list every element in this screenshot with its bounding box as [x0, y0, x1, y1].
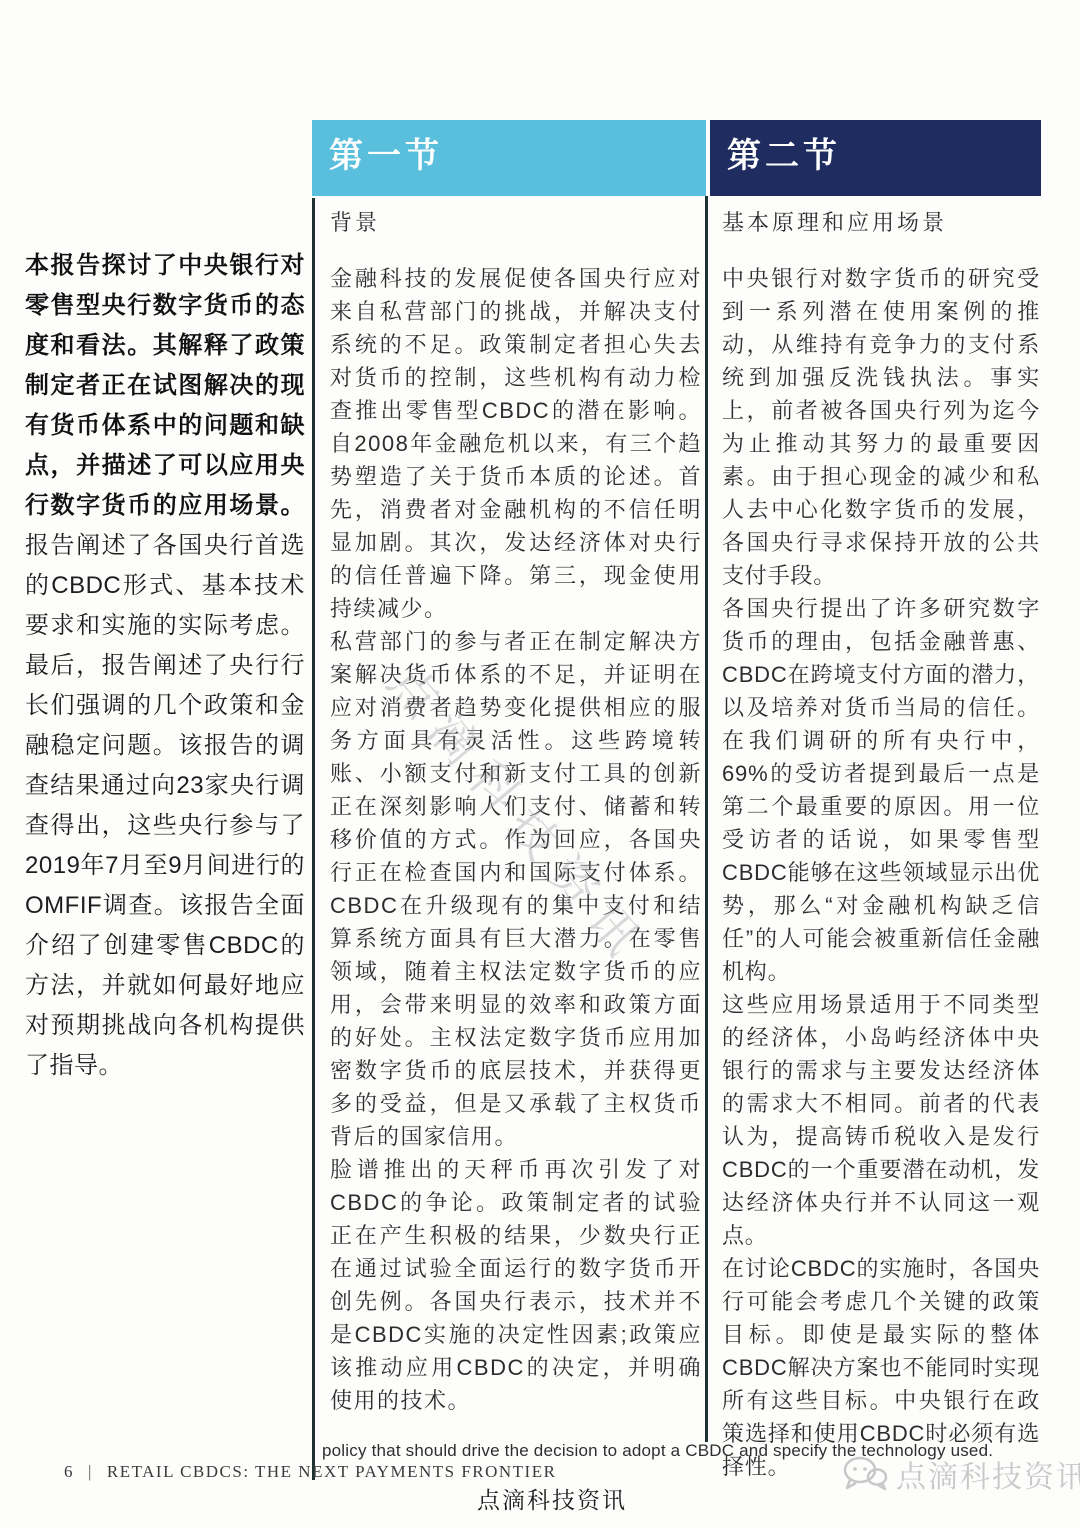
footnote-text: policy that should drive the decision to… [322, 1441, 993, 1461]
footer-separator: | [88, 1462, 93, 1481]
section1-paragraph-2: 私营部门的参与者正在制定解决方案解决货币体系的不足，并证明在应对消费者趋势变化提… [330, 625, 702, 1153]
section1-title: 第一节 [329, 137, 443, 175]
intro-bold-text: 本报告探讨了中央银行对零售型央行数字货币的态度和看法。其解释了政策制定者正在试图… [25, 252, 305, 519]
section1-subtitle: 背景 [330, 206, 380, 237]
left-column-divider [312, 198, 315, 1480]
section2-subtitle: 基本原理和应用场景 [722, 206, 947, 237]
section1-paragraph-1: 金融科技的发展促使各国央行应对来自私营部门的挑战，并解决支付系统的不足。政策制定… [330, 262, 702, 625]
report-page: 第一节 第二节 背景 基本原理和应用场景 本报告探讨了中央银行对零售型央行数字货… [0, 0, 1080, 1528]
intro-regular-text: 报告阐述了各国央行首选的CBDC形式、基本技术要求和实施的实际考虑。最后，报告阐… [25, 532, 305, 1079]
intro-paragraph: 本报告探讨了中央银行对零售型央行数字货币的态度和看法。其解释了政策制定者正在试图… [25, 246, 305, 1086]
section2-title: 第二节 [727, 137, 841, 175]
section2-paragraph-3: 这些应用场景适用于不同类型的经济体，小岛屿经济体中央银行的需求与主要发达经济体的… [722, 988, 1040, 1252]
section1-body: 金融科技的发展促使各国央行应对来自私营部门的挑战，并解决支付系统的不足。政策制定… [330, 262, 702, 1417]
section1-paragraph-3: 脸谱推出的天秤币再次引发了对CBDC的争论。政策制定者的试验正在产生积极的结果，… [330, 1153, 702, 1417]
footer-left: 6|RETAIL CBDCS: THE NEXT PAYMENTS FRONTI… [64, 1462, 556, 1482]
middle-column-divider [705, 196, 708, 1442]
section2-paragraph-2: 各国央行提出了许多研究数字货币的理由，包括金融普惠、CBDC在跨境支付方面的潜力… [722, 592, 1040, 988]
section2-header-bar: 第二节 [710, 120, 1041, 196]
section1-header-bar: 第一节 [312, 120, 706, 196]
section2-paragraph-1: 中央银行对数字货币的研究受到一系列潜在使用案例的推动，从维持有竞争力的支付系统到… [722, 262, 1040, 592]
report-title: RETAIL CBDCS: THE NEXT PAYMENTS FRONTIER [107, 1462, 557, 1481]
page-number: 6 [64, 1462, 74, 1481]
section2-body: 中央银行对数字货币的研究受到一系列潜在使用案例的推动，从维持有竞争力的支付系统到… [722, 262, 1040, 1483]
footer-brand-center: 点滴科技资讯 [477, 1482, 627, 1515]
